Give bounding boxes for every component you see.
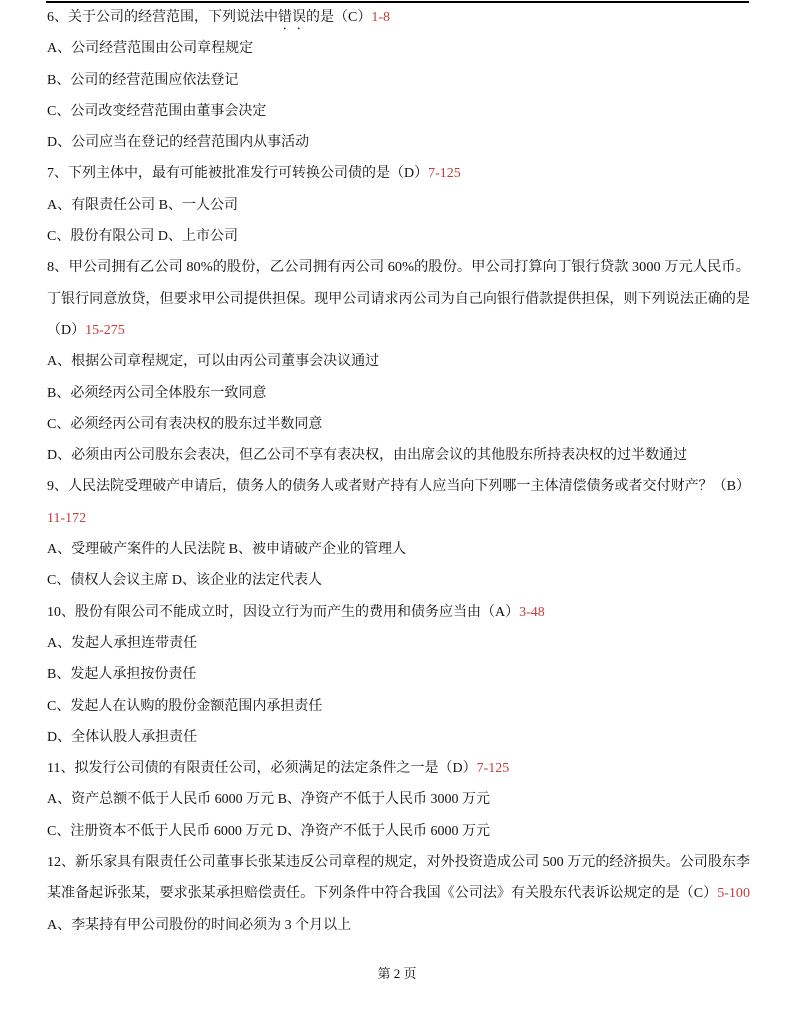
text-segment: 10、股份有限公司不能成立时，因设立行为而产生的费用和债务应当由（A） — [47, 605, 519, 620]
line-text: 9、人民法院受理破产申请后，债务人的债务人或者财产持有人应当向下列哪一主体清偿债… — [47, 471, 750, 502]
q8-option-d: D、必须由丙公司股东会表决，但乙公司不享有表决权，由出席会议的其他股东所持表决权… — [47, 440, 750, 471]
answer-page-reference: 3-48 — [519, 605, 545, 620]
q9-options-ab: A、受理破产案件的人民法院 B、被申请破产企业的管理人 — [47, 534, 750, 565]
text-segment: C、公司改变经营范围由董事会决定 — [47, 104, 266, 119]
q9-options-cd: C、债权人会议主席 D、该企业的法定代表人 — [47, 565, 750, 596]
text-segment: 丁银行同意放贷，但要求甲公司提供担保。现甲公司请求丙公司为自己向银行借款提供担保… — [47, 292, 750, 307]
text-segment: C、必须经丙公司有表决权的股东过半数同意 — [47, 417, 322, 432]
answer-page-reference: 5-100 — [717, 886, 750, 901]
q8-option-a: A、根据公司章程规定，可以由丙公司董事会决议通过 — [47, 346, 750, 377]
line-text: C、必须经丙公司有表决权的股东过半数同意 — [47, 409, 322, 440]
line-text: C、发起人在认购的股份金额范围内承担责任 — [47, 691, 322, 722]
line-text: （D）15-275 — [47, 315, 125, 346]
line-text: A、公司经营范围由公司章程规定 — [47, 33, 253, 64]
text-segment: A、资产总额不低于人民币 6000 万元 B、净资产不低于人民币 3000 万元 — [47, 792, 490, 807]
text-segment: 11、拟发行公司债的有限责任公司，必须满足的法定条件之一是（D） — [47, 761, 477, 776]
text-segment: B、必须经丙公司全体股东一致同意 — [47, 386, 266, 401]
line-text: A、资产总额不低于人民币 6000 万元 B、净资产不低于人民币 3000 万元 — [47, 784, 490, 815]
text-segment: C、注册资本不低于人民币 6000 万元 D、净资产不低于人民币 6000 万元 — [47, 824, 490, 839]
line-text: A、有限责任公司 B、一人公司 — [47, 190, 238, 221]
text-segment: 9、人民法院受理破产申请后，债务人的债务人或者财产持有人应当向下列哪一主体清偿债… — [47, 479, 750, 494]
text-segment: A、根据公司章程规定，可以由丙公司董事会决议通过 — [47, 354, 379, 369]
line-text: C、注册资本不低于人民币 6000 万元 D、净资产不低于人民币 6000 万元 — [47, 816, 490, 847]
line-text: C、公司改变经营范围由董事会决定 — [47, 96, 266, 127]
text-segment: （D） — [47, 323, 85, 338]
text-segment: A、李某持有甲公司股份的时间必须为 3 个月以上 — [47, 918, 351, 933]
q12-option-a: A、李某持有甲公司股份的时间必须为 3 个月以上 — [47, 910, 750, 941]
document-content: 6、关于公司的经营范围，下列说法中错误的是（C）1-8A、公司经营范围由公司章程… — [47, 2, 750, 941]
answer-page-reference: 11-172 — [47, 511, 86, 526]
q8-option-b: B、必须经丙公司全体股东一致同意 — [47, 378, 750, 409]
line-text: B、必须经丙公司全体股东一致同意 — [47, 378, 266, 409]
exam-document-page: 6、关于公司的经营范围，下列说法中错误的是（C）1-8A、公司经营范围由公司章程… — [0, 0, 794, 1013]
line-text: B、公司的经营范围应依法登记 — [47, 65, 238, 96]
text-segment: 8、甲公司拥有乙公司 80%的股份，乙公司拥有丙公司 60%的股份。甲公司打算向… — [47, 260, 750, 275]
text-segment: C、发起人在认购的股份金额范围内承担责任 — [47, 699, 322, 714]
question-12-line-2: 某准备起诉张某，要求张某承担赔偿责任。下列条件中符合我国《公司法》有关股东代表诉… — [47, 878, 750, 909]
question-10: 10、股份有限公司不能成立时，因设立行为而产生的费用和债务应当由（A）3-48 — [47, 597, 750, 628]
text-segment: C、股份有限公司 D、上市公司 — [47, 229, 238, 244]
text-segment: A、受理破产案件的人民法院 B、被申请破产企业的管理人 — [47, 542, 406, 557]
text-segment: 7、下列主体中，最有可能被批准发行可转换公司债的是（D） — [47, 166, 428, 181]
question-8-answer: （D）15-275 — [47, 315, 750, 346]
text-segment: 某准备起诉张某，要求张某承担赔偿责任。下列条件中符合我国《公司法》有关股东代表诉… — [47, 886, 717, 901]
text-segment: 6、关于公司的经营范围，下列说法中 — [47, 10, 278, 25]
line-text: 8、甲公司拥有乙公司 80%的股份，乙公司拥有丙公司 60%的股份。甲公司打算向… — [47, 252, 750, 283]
q8-option-c: C、必须经丙公司有表决权的股东过半数同意 — [47, 409, 750, 440]
page-number-label: 第 2 页 — [377, 966, 416, 981]
text-segment: 12、新乐家具有限责任公司董事长张某违反公司章程的规定，对外投资造成公司 500… — [47, 855, 750, 870]
question-6: 6、关于公司的经营范围，下列说法中错误的是（C）1-8 — [47, 2, 750, 33]
line-text: D、公司应当在登记的经营范围内从事活动 — [47, 127, 309, 158]
q10-option-a: A、发起人承担连带责任 — [47, 628, 750, 659]
q11-options-cd: C、注册资本不低于人民币 6000 万元 D、净资产不低于人民币 6000 万元 — [47, 816, 750, 847]
question-8-line-1: 8、甲公司拥有乙公司 80%的股份，乙公司拥有丙公司 60%的股份。甲公司打算向… — [47, 252, 750, 283]
line-text: B、发起人承担按份责任 — [47, 659, 196, 690]
line-text: C、债权人会议主席 D、该企业的法定代表人 — [47, 565, 322, 596]
text-segment: D、全体认股人承担责任 — [47, 730, 197, 745]
text-segment: D、必须由丙公司股东会表决，但乙公司不享有表决权，由出席会议的其他股东所持表决权… — [47, 448, 687, 463]
question-9-reference: 11-172 — [47, 503, 750, 534]
text-segment: B、发起人承担按份责任 — [47, 667, 196, 682]
page-footer: 第 2 页 — [0, 966, 794, 981]
answer-page-reference: 1-8 — [371, 10, 390, 25]
line-text: D、必须由丙公司股东会表决，但乙公司不享有表决权，由出席会议的其他股东所持表决权… — [47, 440, 687, 471]
q10-option-c: C、发起人在认购的股份金额范围内承担责任 — [47, 691, 750, 722]
line-text: A、受理破产案件的人民法院 B、被申请破产企业的管理人 — [47, 534, 406, 565]
q10-option-d: D、全体认股人承担责任 — [47, 722, 750, 753]
line-text: 12、新乐家具有限责任公司董事长张某违反公司章程的规定，对外投资造成公司 500… — [47, 847, 750, 878]
line-text: 丁银行同意放贷，但要求甲公司提供担保。现甲公司请求丙公司为自己向银行借款提供担保… — [47, 284, 750, 315]
q6-option-a: A、公司经营范围由公司章程规定 — [47, 33, 750, 64]
q6-option-b: B、公司的经营范围应依法登记 — [47, 65, 750, 96]
q10-option-b: B、发起人承担按份责任 — [47, 659, 750, 690]
line-text: A、根据公司章程规定，可以由丙公司董事会决议通过 — [47, 346, 379, 377]
line-text: 6、关于公司的经营范围，下列说法中错误的是（C）1-8 — [47, 2, 390, 33]
question-12-line-1: 12、新乐家具有限责任公司董事长张某违反公司章程的规定，对外投资造成公司 500… — [47, 847, 750, 878]
line-text: 7、下列主体中，最有可能被批准发行可转换公司债的是（D）7-125 — [47, 158, 461, 189]
q6-option-d: D、公司应当在登记的经营范围内从事活动 — [47, 127, 750, 158]
q7-options-cd: C、股份有限公司 D、上市公司 — [47, 221, 750, 252]
line-text: 11-172 — [47, 503, 86, 534]
line-text: 11、拟发行公司债的有限责任公司，必须满足的法定条件之一是（D）7-125 — [47, 753, 509, 784]
emphasized-text: 错误 — [278, 10, 306, 25]
text-segment: D、公司应当在登记的经营范围内从事活动 — [47, 135, 309, 150]
text-segment: A、有限责任公司 B、一人公司 — [47, 198, 238, 213]
q6-option-c: C、公司改变经营范围由董事会决定 — [47, 96, 750, 127]
answer-page-reference: 15-275 — [85, 323, 125, 338]
line-text: 某准备起诉张某，要求张某承担赔偿责任。下列条件中符合我国《公司法》有关股东代表诉… — [47, 878, 750, 909]
text-segment: A、发起人承担连带责任 — [47, 636, 197, 651]
text-segment: 的是（C） — [306, 10, 371, 25]
line-text: 10、股份有限公司不能成立时，因设立行为而产生的费用和债务应当由（A）3-48 — [47, 597, 545, 628]
question-9: 9、人民法院受理破产申请后，债务人的债务人或者财产持有人应当向下列哪一主体清偿债… — [47, 471, 750, 502]
line-text: A、李某持有甲公司股份的时间必须为 3 个月以上 — [47, 910, 351, 941]
text-segment: C、债权人会议主席 D、该企业的法定代表人 — [47, 573, 322, 588]
line-text: A、发起人承担连带责任 — [47, 628, 197, 659]
question-8-line-2: 丁银行同意放贷，但要求甲公司提供担保。现甲公司请求丙公司为自己向银行借款提供担保… — [47, 284, 750, 315]
line-text: D、全体认股人承担责任 — [47, 722, 197, 753]
answer-page-reference: 7-125 — [477, 761, 510, 776]
question-11: 11、拟发行公司债的有限责任公司，必须满足的法定条件之一是（D）7-125 — [47, 753, 750, 784]
text-segment: B、公司的经营范围应依法登记 — [47, 73, 238, 88]
answer-page-reference: 7-125 — [428, 166, 461, 181]
line-text: C、股份有限公司 D、上市公司 — [47, 221, 238, 252]
q7-options-ab: A、有限责任公司 B、一人公司 — [47, 190, 750, 221]
q11-options-ab: A、资产总额不低于人民币 6000 万元 B、净资产不低于人民币 3000 万元 — [47, 784, 750, 815]
question-7: 7、下列主体中，最有可能被批准发行可转换公司债的是（D）7-125 — [47, 158, 750, 189]
text-segment: A、公司经营范围由公司章程规定 — [47, 41, 253, 56]
